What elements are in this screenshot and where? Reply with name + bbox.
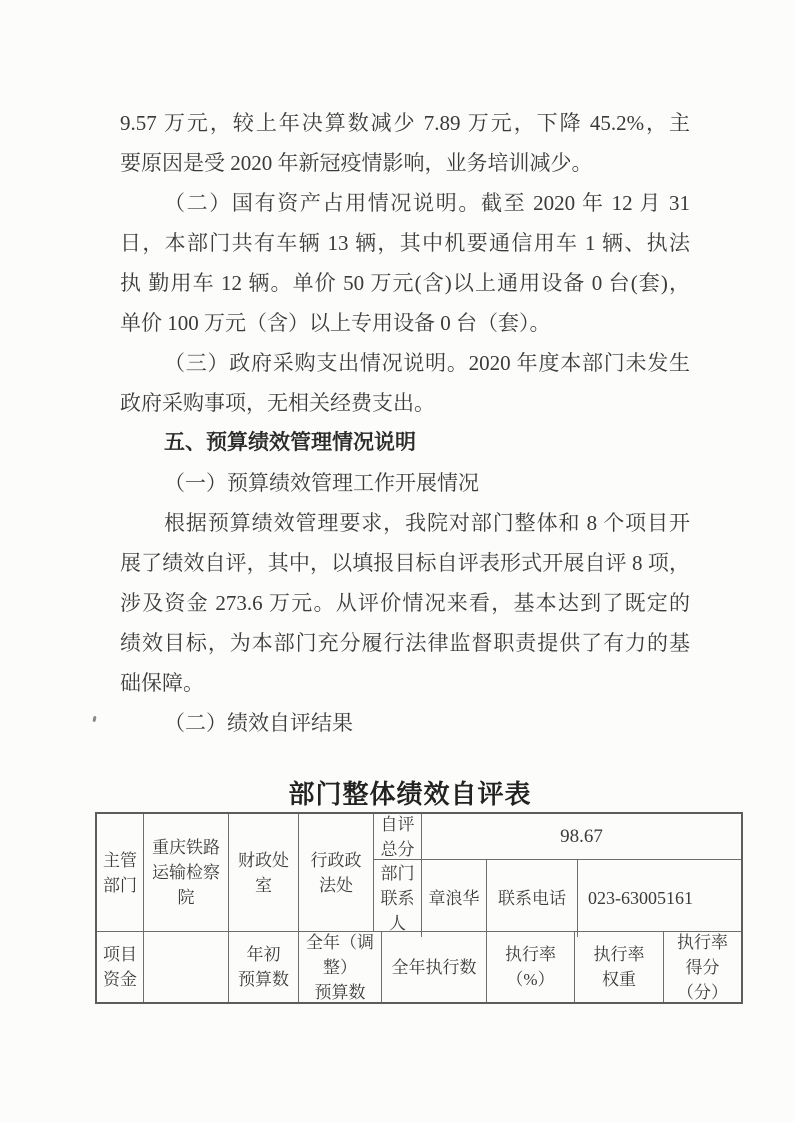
body-line: 要原因是受 2020 年新冠疫情影响，业务培训减少。	[120, 143, 690, 183]
body-line: 涉及资金 273.6 万元。从评价情况来看，基本达到了既定的	[120, 583, 690, 623]
body-line: 日，本部门共有车辆 13 辆，其中机要通信用车 1 辆、执法	[120, 223, 690, 263]
cell-execution-rate: 执行率 （%）	[487, 932, 575, 1002]
cell-initial-budget: 年初 预算数	[229, 932, 299, 1002]
scan-speck	[92, 716, 96, 722]
project-fund-header-row: 项目 资金 年初 预算数 全年（调 整） 预算数 全年执行数 执行率 （%） 执…	[97, 932, 741, 1002]
self-assessment-table: 主管 部门 重庆铁路 运输检察 院 财政处 室 行政政 法处 自评 总分 98.…	[95, 812, 743, 1004]
body-line: 政府采购事项，无相关经费支出。	[120, 383, 690, 423]
subsection-heading-work-development: （一）预算绩效管理工作开展情况	[120, 463, 690, 503]
table-header-right-section: 自评 总分 98.67 部门 联系 人 章浪华 联系电话 023-6300516…	[374, 814, 741, 931]
body-line: 展了绩效自评，其中，以填报目标自评表形式开展自评 8 项，	[120, 543, 690, 583]
cell-rate-weight: 执行率 权重	[575, 932, 664, 1002]
cell-self-score-value: 98.67	[422, 814, 741, 859]
body-line: 执 勤用车 12 辆。单价 50 万元(含)以上通用设备 0 台(套)，	[120, 263, 690, 303]
body-line: （三）政府采购支出情况说明。2020 年度本部门未发生	[120, 343, 690, 383]
body-line: 础保障。	[120, 663, 690, 703]
document-page: 9.57 万元，较上年决算数减少 7.89 万元，下降 45.2%，主 要原因是…	[0, 0, 794, 1122]
cell-project-fund-label: 项目 资金	[97, 932, 144, 1002]
cell-contact-label: 部门 联系 人	[374, 860, 422, 937]
body-line: （二）国有资产占用情况说明。截至 2020 年 12 月 31	[120, 183, 690, 223]
cell-admin-office-value: 行政政 法处	[299, 814, 374, 931]
cell-phone-value: 023-63005161	[578, 860, 741, 937]
body-line: 根据预算绩效管理要求，我院对部门整体和 8 个项目开	[120, 503, 690, 543]
cell-finance-office-label: 财政处 室	[229, 814, 299, 931]
section-heading-budget-performance: 五、预算绩效管理情况说明	[120, 423, 690, 463]
cell-supervisor-label: 主管 部门	[97, 814, 144, 931]
cell-rate-score: 执行率 得分 （分）	[664, 932, 741, 1002]
contact-subrow: 部门 联系 人 章浪华 联系电话 023-63005161	[374, 860, 741, 937]
cell-executed-amount: 全年执行数	[382, 932, 487, 1002]
body-text: 9.57 万元，较上年决算数减少 7.89 万元，下降 45.2%，主 要原因是…	[120, 103, 690, 743]
cell-phone-label: 联系电话	[487, 860, 578, 937]
cell-blank	[144, 932, 229, 1002]
body-line: 绩效目标，为本部门充分履行法律监督职责提供了有力的基	[120, 623, 690, 663]
cell-adjusted-budget: 全年（调 整） 预算数	[299, 932, 382, 1002]
cell-supervisor-value: 重庆铁路 运输检察 院	[144, 814, 229, 931]
cell-contact-name: 章浪华	[422, 860, 487, 937]
table-title: 部门整体绩效自评表	[95, 774, 725, 811]
cell-self-score-label: 自评 总分	[374, 814, 422, 859]
subsection-heading-self-evaluation-result: （二）绩效自评结果	[120, 703, 690, 743]
self-score-subrow: 自评 总分 98.67	[374, 814, 741, 860]
body-line: 单价 100 万元（含）以上专用设备 0 台（套）。	[120, 303, 690, 343]
body-line: 9.57 万元，较上年决算数减少 7.89 万元，下降 45.2%，主	[120, 103, 690, 143]
table-header-row: 主管 部门 重庆铁路 运输检察 院 财政处 室 行政政 法处 自评 总分 98.…	[97, 814, 741, 932]
